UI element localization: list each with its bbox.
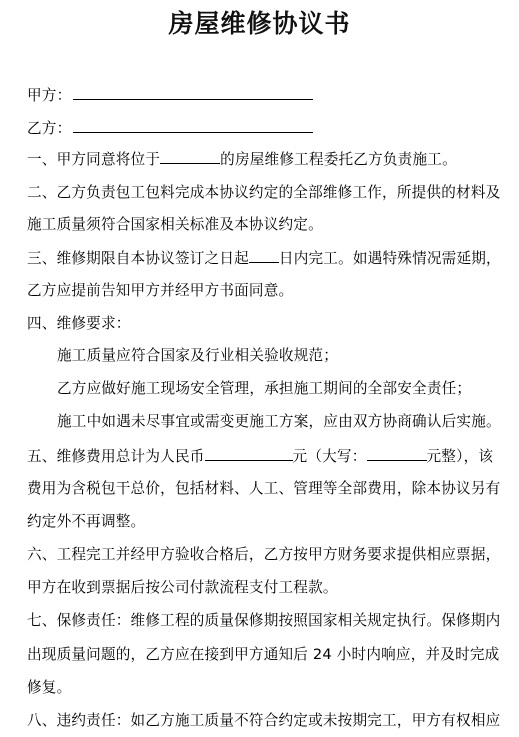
clause-3: 三、维修期限自本协议签订之日起日内完工。如遇特殊情况需延期， (27, 248, 497, 269)
clause-2-line-2: 施工质量须符合国家相关标准及本协议约定。 (27, 215, 497, 235)
amount-blank[interactable] (205, 446, 293, 461)
clause-5-line-3: 约定外不再调整。 (27, 512, 497, 532)
clause-7-line-2: 出现质量问题的，乙方应在接到甲方通知后 24 小时内响应，并及时完成 (27, 645, 497, 665)
clause-5-text-c: 元整），该 (427, 448, 494, 465)
clause-4-item-1: 施工质量应符合国家及行业相关验收规范； (57, 346, 519, 366)
document-title: 房屋维修协议书 (0, 4, 519, 40)
clause-1-text-b: 的房屋维修工程委托乙方负责施工。 (220, 151, 457, 168)
clause-4-item-3: 施工中如遇未尽事宜或需变更施工方案，应由双方协商确认后实施。 (57, 412, 519, 432)
clause-1: 一、甲方同意将位于的房屋维修工程委托乙方负责施工。 (27, 149, 497, 170)
party-a-row: 甲方： (27, 84, 497, 106)
clause-1-text-a: 一、甲方同意将位于 (27, 151, 160, 168)
clause-6-line-1: 六、工程完工并经甲方验收合格后，乙方按甲方财务要求提供相应票据， (27, 545, 497, 565)
clause-3-line-2: 乙方应提前告知甲方并经甲方书面同意。 (27, 281, 497, 301)
party-b-row: 乙方： (27, 117, 497, 139)
clause-4-item-2: 乙方应做好施工现场安全管理，承担施工期间的全部安全责任； (57, 379, 519, 399)
party-a-field[interactable] (73, 84, 313, 100)
clause-7-line-1: 七、保修责任：维修工程的质量保修期按照国家相关规定执行。保修期内 (27, 611, 497, 631)
location-blank[interactable] (160, 149, 220, 164)
party-b-label: 乙方： (27, 120, 71, 137)
clause-6-line-2: 甲方在收到票据后按公司付款流程支付工程款。 (27, 578, 497, 598)
clause-3-text-a: 三、维修期限自本协议签订之日起 (27, 250, 249, 267)
party-b-field[interactable] (73, 117, 313, 133)
clause-5-text-a: 五、维修费用总计为人民币 (27, 448, 205, 465)
clause-2-line-1: 二、乙方负责包工包料完成本协议约定的全部维修工作，所提供的材料及 (27, 183, 497, 203)
clause-5-line-2: 费用为含税包干总价，包括材料、人工、管理等全部费用，除本协议另有 (27, 479, 497, 499)
clause-3-text-b: 日内完工。如遇特殊情况需延期， (279, 250, 501, 267)
clause-5: 五、维修费用总计为人民币元（大写：元整），该 (27, 446, 497, 467)
clause-5-text-b: 元（大写： (293, 448, 367, 465)
clause-8-line-1: 八、违约责任：如乙方施工质量不符合约定或未按期完工，甲方有权相应 (27, 711, 497, 731)
days-blank[interactable] (249, 248, 279, 263)
amount-words-blank[interactable] (367, 446, 427, 461)
party-a-label: 甲方： (27, 87, 71, 104)
clause-7-line-3: 修复。 (27, 678, 497, 698)
clause-4-heading: 四、维修要求： (27, 314, 497, 334)
